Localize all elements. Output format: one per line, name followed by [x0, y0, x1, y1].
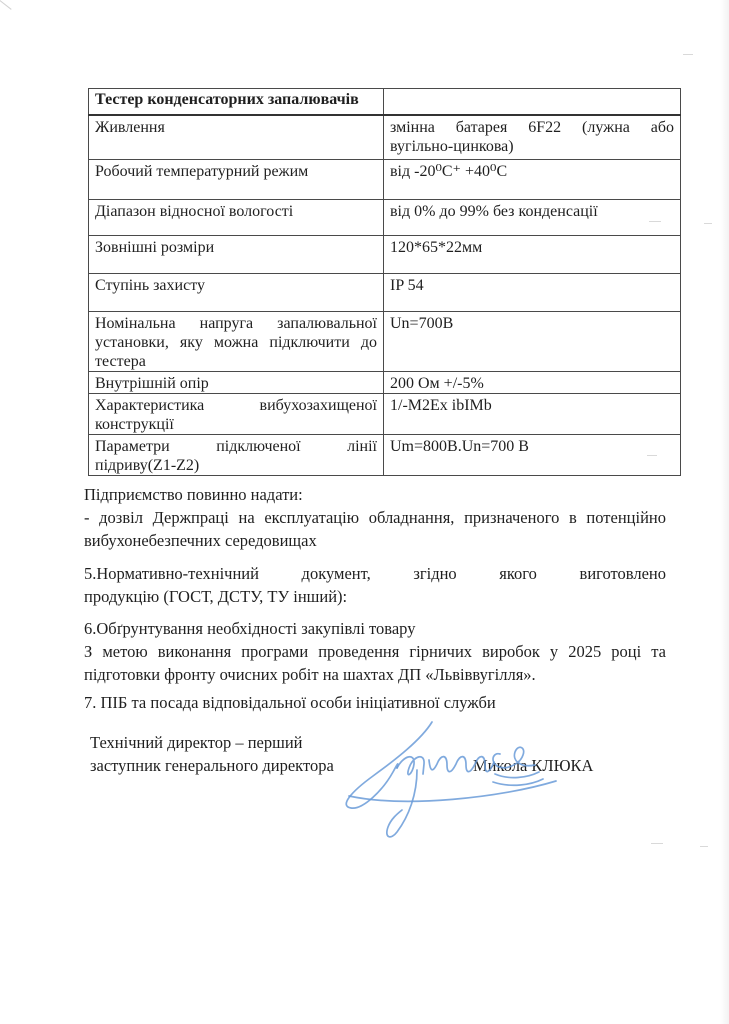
spec-row: Діапазон відносної вологостівід 0% до 99…: [89, 199, 681, 235]
cell-line: від -20⁰C⁺ +40⁰C: [390, 162, 674, 181]
spec-label-cell: Зовнішні розміри: [89, 235, 384, 273]
spec-table: Тестер конденсаторних запалювачів Живлен…: [88, 88, 681, 476]
cell-line: 200 Ом +/-5%: [390, 374, 674, 393]
signature-stroke: [493, 747, 535, 767]
spec-label-cell: Діапазон відносної вологості: [89, 199, 384, 235]
spec-table-header-row: Тестер конденсаторних запалювачів: [89, 89, 681, 116]
text-line: З метою виконання програми проведення гі…: [84, 640, 666, 663]
spec-value-cell: 200 Ом +/-5%: [384, 371, 681, 393]
provide-paragraph: - дозвіл Держпраці на експлуатацію облад…: [84, 506, 666, 552]
spec-row: Робочий температурний режимвід -20⁰C⁺ +4…: [89, 159, 681, 199]
spec-value-cell: Um=800В.Un=700 В: [384, 434, 681, 475]
cell-line: Um=800В.Un=700 В: [390, 437, 674, 456]
spec-value-cell: 120*65*22мм: [384, 235, 681, 273]
signature-stroke: [397, 757, 424, 775]
item5-paragraph: 5.Нормативно-технічний документ, згідно …: [84, 562, 666, 608]
spec-value-cell: від 0% до 99% без конденсації: [384, 199, 681, 235]
cell-line: установки, яку можна підключити до: [95, 333, 377, 352]
spec-table-empty-header-cell: [384, 89, 681, 116]
spec-label-cell: Параметри підключеної лініїпідриву(Z1-Z2…: [89, 434, 384, 475]
signer-role: Технічний директор – першийзаступник ген…: [90, 731, 334, 777]
text-line: підготовки фронту очисних робіт на шахта…: [84, 663, 666, 686]
cell-line: вугільно-цинкова): [390, 137, 674, 156]
spec-table-title-cell: Тестер конденсаторних запалювачів: [89, 89, 384, 116]
spec-label-cell: Внутрішній опір: [89, 371, 384, 393]
cell-line: IP 54: [390, 276, 674, 295]
cell-line: 120*65*22мм: [390, 238, 674, 257]
cell-line: від 0% до 99% без конденсації: [390, 202, 674, 221]
spec-row: Номінальна напруга запалювальноїустановк…: [89, 311, 681, 371]
cell-line: Зовнішні розміри: [95, 238, 377, 257]
spec-row: Живленнязмінна батарея 6F22 (лужна абову…: [89, 115, 681, 159]
spec-value-cell: Un=700В: [384, 311, 681, 371]
cell-line: Номінальна напруга запалювальної: [95, 314, 377, 333]
spec-row: Ступінь захистуIP 54: [89, 273, 681, 311]
provide-heading: Підприємство повинно надати:: [84, 483, 666, 506]
text-line: продукцію (ГОСТ, ДСТУ, ТУ інший):: [84, 585, 666, 608]
signature-stroke: [387, 770, 417, 837]
cell-line: Робочий температурний режим: [95, 162, 377, 181]
cell-line: 1/-M2Ex ibIMb: [390, 396, 674, 415]
signature-stroke: [493, 779, 543, 785]
spec-label-cell: Номінальна напруга запалювальноїустановк…: [89, 311, 384, 371]
cell-line: Характеристика вибухозахищеної: [95, 396, 377, 415]
spec-row: Внутрішній опір200 Ом +/-5%: [89, 371, 681, 393]
cell-line: Параметри підключеної лінії: [95, 437, 377, 456]
spec-row: Характеристика вибухозахищеноїконструкці…: [89, 393, 681, 434]
item6-heading: 6.Обґрунтування необхідності закупівлі т…: [84, 617, 666, 640]
handwritten-signature: [325, 710, 560, 845]
spec-label-cell: Живлення: [89, 115, 384, 159]
cell-line: підриву(Z1-Z2): [95, 456, 377, 475]
text-line: Технічний директор – перший: [90, 731, 334, 754]
page-edge-shade: [720, 0, 729, 1024]
spec-value-cell: змінна батарея 6F22 (лужна абовугільно-ц…: [384, 115, 681, 159]
cell-line: Ступінь захисту: [95, 276, 377, 295]
scan-artifact: [700, 846, 708, 847]
spec-label-cell: Ступінь захисту: [89, 273, 384, 311]
spec-value-cell: 1/-M2Ex ibIMb: [384, 393, 681, 434]
cell-line: змінна батарея 6F22 (лужна або: [390, 118, 674, 137]
spec-row: Параметри підключеної лініїпідриву(Z1-Z2…: [89, 434, 681, 475]
scan-artifact: [651, 843, 663, 844]
signature-stroke: [429, 757, 494, 772]
signature-stroke: [495, 772, 539, 778]
cell-line: Живлення: [95, 118, 377, 137]
spec-row: Зовнішні розміри120*65*22мм: [89, 235, 681, 273]
spec-value-cell: IP 54: [384, 273, 681, 311]
cell-line: тестера: [95, 352, 377, 371]
scan-artifact: [683, 54, 693, 55]
text-line: вибухонебезпечних середовищах: [84, 529, 666, 552]
signature-stroke: [346, 722, 432, 808]
document-body: Підприємство повинно надати: - дозвіл Де…: [84, 483, 666, 714]
text-line: заступник генерального директора: [90, 754, 334, 777]
text-line: - дозвіл Держпраці на експлуатацію облад…: [84, 506, 666, 529]
cell-line: Внутрішній опір: [95, 374, 377, 393]
cell-line: конструкції: [95, 415, 377, 434]
scan-artifact: [0, 0, 12, 10]
text-line: 5.Нормативно-технічний документ, згідно …: [84, 562, 666, 585]
spec-value-cell: від -20⁰C⁺ +40⁰C: [384, 159, 681, 199]
cell-line: Un=700В: [390, 314, 674, 333]
scan-artifact: [704, 223, 712, 224]
item6-paragraph: З метою виконання програми проведення гі…: [84, 640, 666, 686]
spec-label-cell: Робочий температурний режим: [89, 159, 384, 199]
scanned-document-page: Тестер конденсаторних запалювачів Живлен…: [0, 0, 729, 1024]
spec-label-cell: Характеристика вибухозахищеноїконструкці…: [89, 393, 384, 434]
cell-line: Діапазон відносної вологості: [95, 202, 377, 221]
